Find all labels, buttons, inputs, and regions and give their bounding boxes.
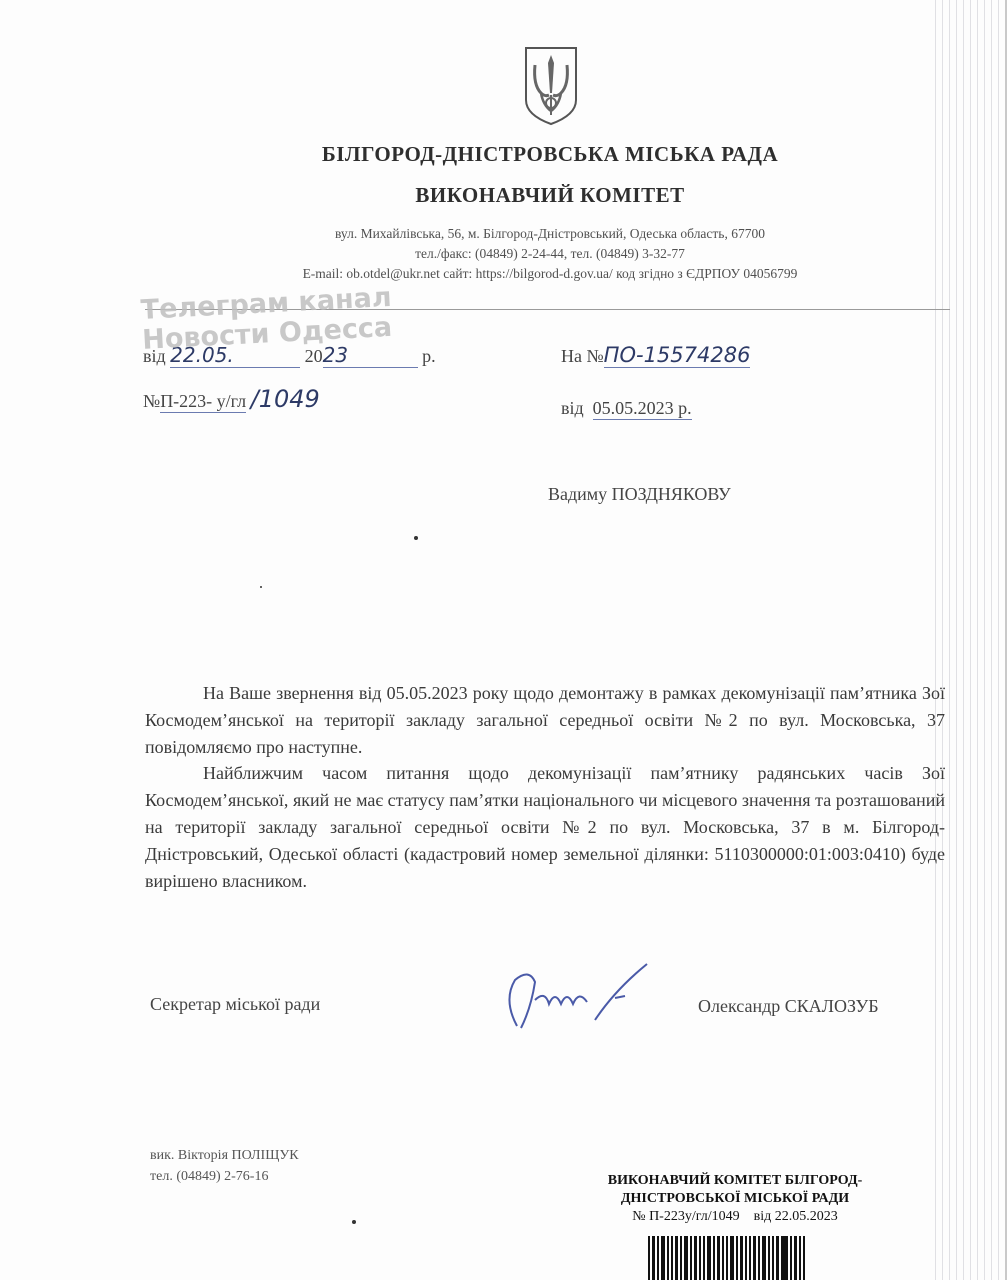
org-phones: тел./факс: (04849) 2-24-44, тел. (04849)… [140,244,960,264]
incoming-number-prefix: На № [561,346,604,366]
outgoing-number-printed: П-223- у/гл [160,391,246,413]
body-paragraph-2: Найближчим часом питання щодо декомуніза… [145,760,945,894]
org-name: БІЛГОРОД-ДНІСТРОВСЬКА МІСЬКА РАДА [140,142,960,167]
signatory-name: Олександр СКАЛОЗУБ [698,996,879,1017]
registration-stamp: ВИКОНАВЧИЙ КОМІТЕТ БІЛГОРОД- ДНІСТРОВСЬК… [585,1172,885,1226]
trident-emblem-icon [523,45,579,127]
org-email-site: E-mail: ob.otdel@ukr.net сайт: https://b… [140,264,960,284]
incoming-number-handwritten: ПО-15574286 [604,343,751,368]
barcode [648,1236,828,1280]
recipient: Вадиму ПОЗДНЯКОВУ [548,484,731,505]
scan-speck [352,1220,356,1224]
stamp-date: від 22.05.2023 [754,1209,838,1224]
executor-phone: тел. (04849) 2-76-16 [150,1166,299,1187]
outgoing-year-suffix: р. [422,346,436,366]
incoming-date: від 05.05.2023 р. [561,398,692,420]
stamp-number: № П-223у/гл/1049 [632,1209,739,1224]
incoming-date-value: 05.05.2023 р. [593,398,692,420]
outgoing-number-handwritten: /1049 [251,385,320,413]
stamp-line2: ДНІСТРОВСЬКОЇ МІСЬКОЇ РАДИ [585,1190,885,1208]
document-page: БІЛГОРОД-ДНІСТРОВСЬКА МІСЬКА РАДА ВИКОНА… [0,0,1007,1280]
scan-speck [414,536,418,540]
org-address: вул. Михайлівська, 56, м. Білгород-Дніст… [140,224,960,244]
executor-info: вик. Вікторія ПОЛІЩУК тел. (04849) 2-76-… [150,1145,299,1187]
outgoing-number: №П-223- у/гл /1049 [143,385,320,413]
stamp-line1: ВИКОНАВЧИЙ КОМІТЕТ БІЛГОРОД- [585,1172,885,1190]
outgoing-year-prefix: 20 [305,346,323,366]
outgoing-number-prefix: № [143,391,160,411]
stamp-reg-line: № П-223у/гл/1049 від 22.05.2023 [585,1208,885,1226]
outgoing-year-handwritten: 23 [323,343,418,368]
handwritten-signature [495,960,655,1040]
incoming-date-prefix: від [561,398,584,418]
body-paragraph-1: На Ваше звернення від 05.05.2023 року що… [145,680,945,760]
incoming-number: На №ПО-15574286 [561,343,750,368]
signatory-role: Секретар міської ради [150,994,320,1015]
letter-body: На Ваше звернення від 05.05.2023 року що… [145,680,945,894]
scan-speck [260,586,262,588]
org-contacts: вул. Михайлівська, 56, м. Білгород-Дніст… [140,224,960,284]
executor-name: вик. Вікторія ПОЛІЩУК [150,1145,299,1166]
committee-name: ВИКОНАВЧИЙ КОМІТЕТ [140,183,960,208]
